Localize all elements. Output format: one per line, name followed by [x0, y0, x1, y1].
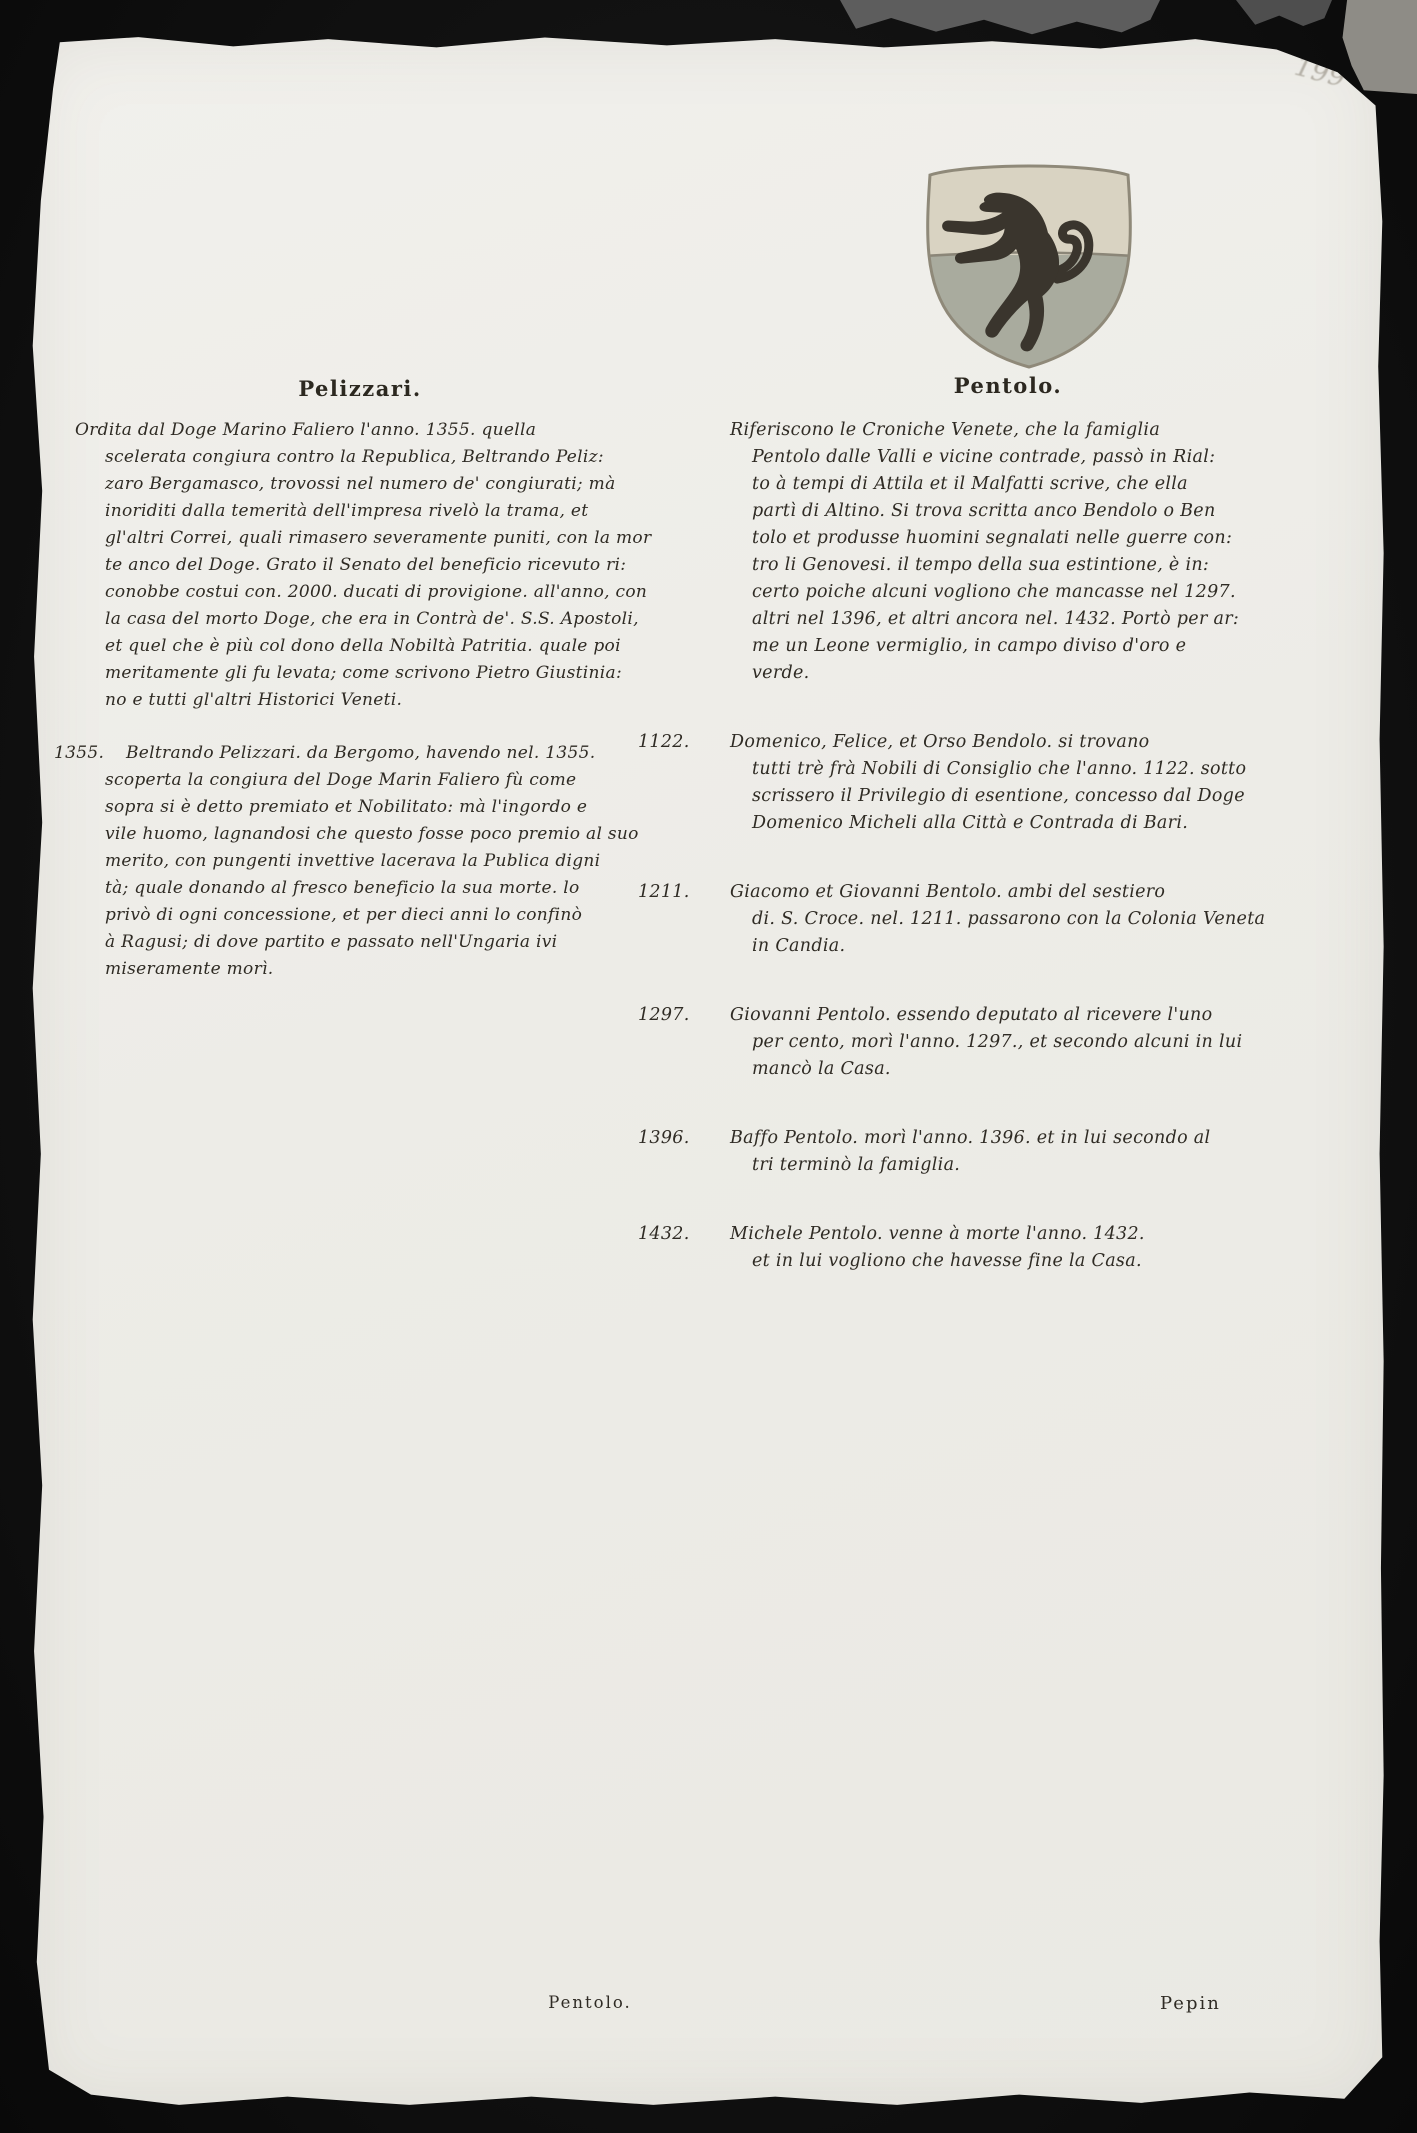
- text-line: zaro Bergamasco, trovossi nel numero de'…: [105, 471, 651, 498]
- tape-fragment: [1341, 0, 1417, 94]
- text-line: Ordita dal Doge Marino Faliero l'anno. 1…: [75, 417, 651, 444]
- text-line: certo poiche alcuni vogliono che mancass…: [752, 579, 1328, 606]
- paragraph: 1122.Domenico, Felice, et Orso Bendolo. …: [638, 729, 1328, 837]
- text-line: me un Leone vermiglio, in campo diviso d…: [752, 633, 1328, 660]
- text-line: in Candia.: [752, 933, 1328, 960]
- text-line: altri nel 1396, et altri ancora nel. 143…: [752, 606, 1328, 633]
- text-line: Pentolo dalle Valli e vicine contrade, p…: [752, 444, 1328, 471]
- text-line: Domenico Micheli alla Città e Contrada d…: [752, 810, 1328, 837]
- text-line: inoriditi dalla temerità dell'impresa ri…: [105, 498, 651, 525]
- text-line: scoperta la congiura del Doge Marin Fali…: [105, 767, 639, 794]
- paragraph: 1297.Giovanni Pentolo. essendo deputato …: [638, 1002, 1328, 1083]
- text-line: te anco del Doge. Grato il Senato del be…: [105, 552, 651, 579]
- text-line: Giacomo et Giovanni Bentolo. ambi del se…: [730, 879, 1328, 906]
- text-line: Riferiscono le Croniche Venete, che la f…: [730, 417, 1328, 444]
- paragraph: 1432.Michele Pentolo. venne à morte l'an…: [638, 1221, 1328, 1275]
- text-line: et in lui vogliono che havesse fine la C…: [752, 1248, 1328, 1275]
- paragraph-lines: Giovanni Pentolo. essendo deputato al ri…: [730, 1002, 1328, 1083]
- paragraph: Ordita dal Doge Marino Faliero l'anno. 1…: [54, 417, 554, 714]
- text-line: partì di Altino. Si trova scritta anco B…: [752, 498, 1328, 525]
- text-line: Domenico, Felice, et Orso Bendolo. si tr…: [730, 729, 1328, 756]
- text-line: Giovanni Pentolo. essendo deputato al ri…: [730, 1002, 1328, 1029]
- paragraph: 1396.Baffo Pentolo. morì l'anno. 1396. e…: [638, 1125, 1328, 1179]
- text-line: mancò la Casa.: [752, 1056, 1328, 1083]
- text-line: verde.: [752, 660, 1328, 687]
- text-line: di. S. Croce. nel. 1211. passarono con l…: [752, 906, 1328, 933]
- text-line: tà; quale donando al fresco beneficio la…: [105, 875, 639, 902]
- text-line: Baffo Pentolo. morì l'anno. 1396. et in …: [730, 1125, 1328, 1152]
- text-line: tri terminò la famiglia.: [752, 1152, 1328, 1179]
- text-line: no e tutti gl'altri Historici Veneti.: [105, 687, 651, 714]
- margin-year: 1355.: [54, 740, 126, 767]
- text-line: meritamente gli fu levata; come scrivono…: [105, 660, 651, 687]
- text-line: vile huomo, lagnandosi che questo fosse …: [105, 821, 639, 848]
- text-line: miseramente morì.: [105, 956, 639, 983]
- text-line: la casa del morto Doge, che era in Contr…: [105, 606, 651, 633]
- text-line: scrissero il Privilegio di esentione, co…: [752, 783, 1328, 810]
- text-line: per cento, morì l'anno. 1297., et second…: [752, 1029, 1328, 1056]
- text-line: tolo et produsse huomini segnalati nelle…: [752, 525, 1328, 552]
- text-line: sopra si è detto premiato et Nobilitato:…: [105, 794, 639, 821]
- text-line: scelerata congiura contro la Republica, …: [105, 444, 651, 471]
- margin-year: 1211.: [638, 879, 730, 906]
- text-line: à Ragusi; di dove partito e passato nell…: [105, 929, 639, 956]
- left-text-column: Ordita dal Doge Marino Faliero l'anno. 1…: [54, 417, 554, 1009]
- margin-year: 1297.: [638, 1002, 730, 1029]
- right-text-column: Riferiscono le Croniche Venete, che la f…: [638, 417, 1328, 1317]
- photo-backdrop: { "document": { "folio_number": "199", "…: [0, 0, 1417, 2133]
- paragraph-lines: Baffo Pentolo. morì l'anno. 1396. et in …: [730, 1125, 1328, 1179]
- paragraph: 1211.Giacomo et Giovanni Bentolo. ambi d…: [638, 879, 1328, 960]
- paragraph: Riferiscono le Croniche Venete, che la f…: [638, 417, 1328, 687]
- paragraph-lines: Domenico, Felice, et Orso Bendolo. si tr…: [730, 729, 1328, 837]
- text-line: to à tempi di Attila et il Malfatti scri…: [752, 471, 1328, 498]
- text-line: gl'altri Correi, quali rimasero severame…: [105, 525, 651, 552]
- coat-of-arms: [910, 153, 1148, 373]
- text-line: et quel che è più col dono della Nobiltà…: [105, 633, 651, 660]
- paragraph: 1355.Beltrando Pelizzari. da Bergomo, ha…: [54, 740, 554, 983]
- paragraph-lines: Michele Pentolo. venne à morte l'anno. 1…: [730, 1221, 1328, 1275]
- text-line: tutti trè frà Nobili di Consiglio che l'…: [752, 756, 1328, 783]
- column-heading-pelizzari: Pelizzari.: [230, 376, 490, 401]
- text-line: conobbe costui con. 2000. ducati di prov…: [105, 579, 651, 606]
- tape-fragment: [1236, 0, 1332, 26]
- column-heading-pentolo: Pentolo.: [878, 373, 1138, 398]
- paragraph-lines: Beltrando Pelizzari. da Bergomo, havendo…: [126, 740, 639, 983]
- text-line: Michele Pentolo. venne à morte l'anno. 1…: [730, 1221, 1328, 1248]
- catchword-pentolo: Pentolo.: [500, 1993, 680, 2012]
- catchword-pepin: Pepin: [1160, 1993, 1300, 2014]
- manuscript-page: 199 Pelizzari. Pentolo. Ordita dal Doge …: [30, 35, 1385, 2107]
- margin-year: 1432.: [638, 1221, 730, 1248]
- text-line: merito, con pungenti invettive lacerava …: [105, 848, 639, 875]
- margin-year: 1122.: [638, 729, 730, 756]
- text-line: privò di ogni concessione, et per dieci …: [105, 902, 639, 929]
- paragraph-lines: Riferiscono le Croniche Venete, che la f…: [730, 417, 1328, 687]
- text-line: tro li Genovesi. il tempo della sua esti…: [752, 552, 1328, 579]
- margin-year: 1396.: [638, 1125, 730, 1152]
- text-line: Beltrando Pelizzari. da Bergomo, havendo…: [126, 740, 639, 767]
- tape-fragment: [840, 0, 1160, 36]
- paragraph-lines: Ordita dal Doge Marino Faliero l'anno. 1…: [126, 417, 651, 714]
- paragraph-lines: Giacomo et Giovanni Bentolo. ambi del se…: [730, 879, 1328, 960]
